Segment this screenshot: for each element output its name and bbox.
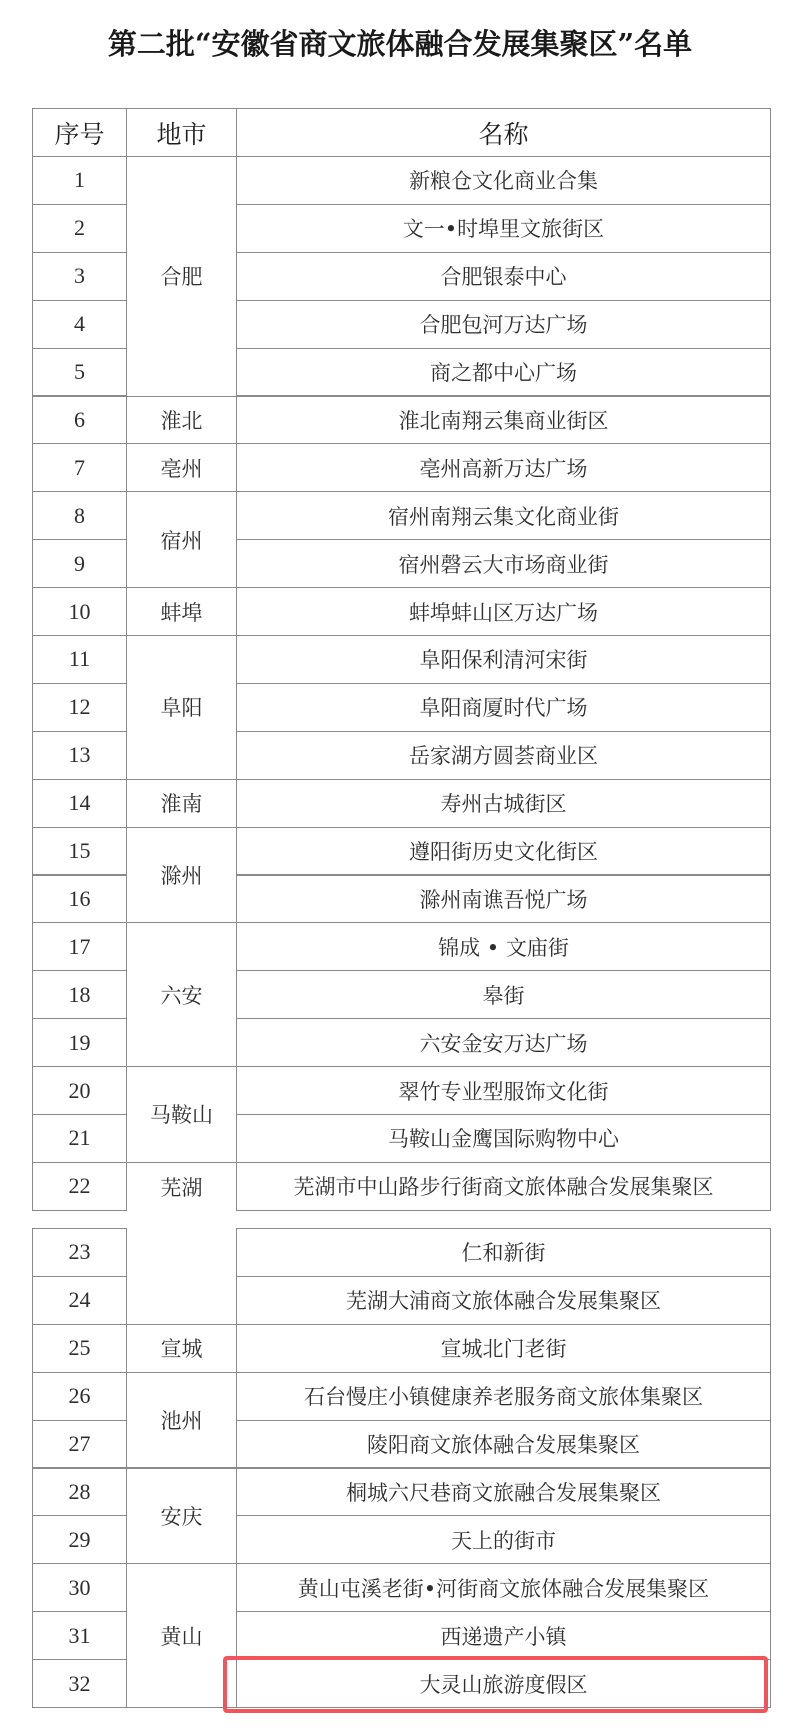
row-number: 32 <box>32 1659 127 1708</box>
row-number: 18 <box>32 970 127 1019</box>
city-cell: 淮北 <box>126 396 237 445</box>
row-name: 马鞍山金鹰国际购物中心 <box>236 1114 771 1163</box>
city-cell: 蚌埠 <box>126 587 237 636</box>
row-number: 31 <box>32 1611 127 1660</box>
header-name: 名称 <box>236 108 771 157</box>
city-cell-continued <box>126 1228 237 1325</box>
row-number: 21 <box>32 1114 127 1163</box>
row-number: 28 <box>32 1468 127 1517</box>
row-name: 合肥银泰中心 <box>236 252 771 301</box>
city-cell: 滁州 <box>126 827 237 924</box>
row-name: 阜阳商厦时代广场 <box>236 683 771 732</box>
row-name: 黄山屯溪老街•河街商文旅体融合发展集聚区 <box>236 1563 771 1612</box>
row-name: 商之都中心广场 <box>236 348 771 397</box>
row-name: 芜湖市中山路步行街商文旅体融合发展集聚区 <box>236 1162 771 1211</box>
row-name: 合肥包河万达广场 <box>236 300 771 349</box>
city-cell: 马鞍山 <box>126 1066 237 1163</box>
row-number: 10 <box>32 587 127 636</box>
city-cell: 池州 <box>126 1372 237 1469</box>
row-name: 天上的街市 <box>236 1515 771 1564</box>
row-name: 新粮仓文化商业合集 <box>236 156 771 205</box>
row-name: 蚌埠蚌山区万达广场 <box>236 587 771 636</box>
row-name: 西递遗产小镇 <box>236 1611 771 1660</box>
row-number: 26 <box>32 1372 127 1421</box>
row-number: 7 <box>32 443 127 492</box>
row-name: 淮北南翔云集商业街区 <box>236 396 771 445</box>
row-name: 桐城六尺巷商文旅融合发展集聚区 <box>236 1468 771 1517</box>
row-name: 文一•时埠里文旅街区 <box>236 204 771 253</box>
city-cell: 芜湖 <box>126 1162 237 1211</box>
row-name: 石台慢庄小镇健康养老服务商文旅体集聚区 <box>236 1372 771 1421</box>
city-cell: 宿州 <box>126 491 237 588</box>
row-number: 27 <box>32 1420 127 1469</box>
city-cell: 亳州 <box>126 443 237 492</box>
row-number: 23 <box>32 1228 127 1277</box>
header-city: 地市 <box>126 108 237 157</box>
row-name: 锦成 • 文庙街 <box>236 922 771 971</box>
row-number: 25 <box>32 1324 127 1373</box>
row-number: 2 <box>32 204 127 253</box>
selection-list-table: 序号地市名称1新粮仓文化商业合集2文一•时埠里文旅街区3合肥银泰中心4合肥包河万… <box>0 0 800 1728</box>
row-name: 仁和新街 <box>236 1228 771 1277</box>
row-number: 12 <box>32 683 127 732</box>
row-name: 遵阳街历史文化街区 <box>236 827 771 876</box>
row-name: 寿州古城街区 <box>236 779 771 828</box>
row-number: 14 <box>32 779 127 828</box>
row-name: 芜湖大浦商文旅体融合发展集聚区 <box>236 1276 771 1325</box>
row-number: 30 <box>32 1563 127 1612</box>
row-name: 皋街 <box>236 970 771 1019</box>
row-number: 19 <box>32 1018 127 1067</box>
row-number: 3 <box>32 252 127 301</box>
row-name: 宿州南翔云集文化商业街 <box>236 491 771 540</box>
row-number: 9 <box>32 539 127 588</box>
row-number: 4 <box>32 300 127 349</box>
row-number: 11 <box>32 635 127 684</box>
city-cell: 合肥 <box>126 156 237 397</box>
city-cell: 阜阳 <box>126 635 237 780</box>
row-number: 20 <box>32 1066 127 1115</box>
row-number: 16 <box>32 875 127 924</box>
row-name: 宣城北门老街 <box>236 1324 771 1373</box>
row-name: 宿州磬云大市场商业街 <box>236 539 771 588</box>
row-number: 24 <box>32 1276 127 1325</box>
row-number: 17 <box>32 922 127 971</box>
row-number: 15 <box>32 827 127 876</box>
row-name: 岳家湖方圆荟商业区 <box>236 731 771 780</box>
row-number: 22 <box>32 1162 127 1211</box>
city-cell: 黄山 <box>126 1563 237 1708</box>
city-cell: 六安 <box>126 922 237 1067</box>
city-cell: 安庆 <box>126 1468 237 1565</box>
row-name: 阜阳保利清河宋街 <box>236 635 771 684</box>
row-name: 亳州高新万达广场 <box>236 443 771 492</box>
city-cell: 宣城 <box>126 1324 237 1373</box>
row-number: 6 <box>32 396 127 445</box>
row-number: 29 <box>32 1515 127 1564</box>
row-name: 滁州南谯吾悦广场 <box>236 875 771 924</box>
row-name: 陵阳商文旅体融合发展集聚区 <box>236 1420 771 1469</box>
header-seq: 序号 <box>32 108 127 157</box>
row-name: 翠竹专业型服饰文化街 <box>236 1066 771 1115</box>
city-cell: 淮南 <box>126 779 237 828</box>
row-name: 六安金安万达广场 <box>236 1018 771 1067</box>
row-number: 1 <box>32 156 127 205</box>
row-number: 5 <box>32 348 127 397</box>
row-name: 大灵山旅游度假区 <box>236 1659 771 1708</box>
row-number: 8 <box>32 491 127 540</box>
row-number: 13 <box>32 731 127 780</box>
